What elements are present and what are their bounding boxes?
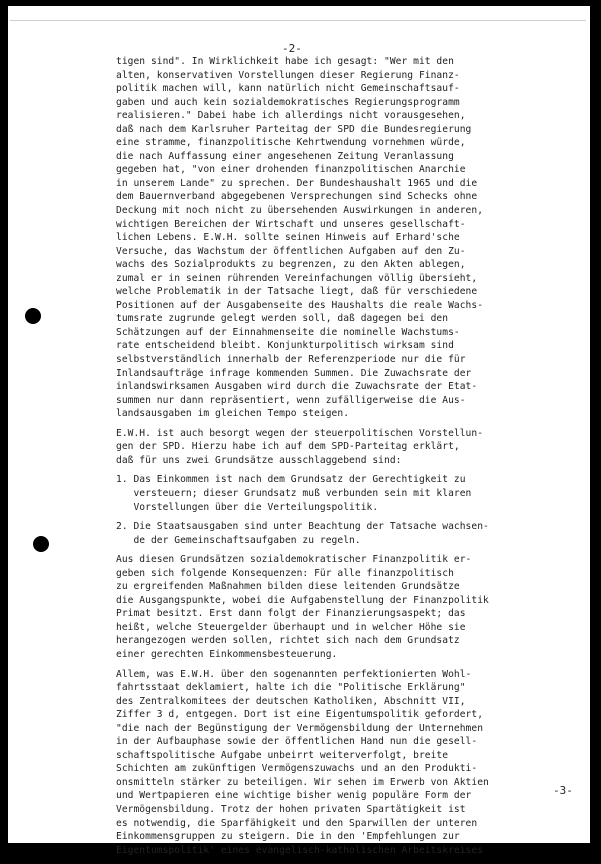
body-text: tigen sind". In Wirklichkeit habe ich ge… (116, 55, 586, 857)
punch-hole-bottom (33, 536, 49, 552)
text-line: die Ausgangspunkte, wobei die Aufgabenst… (116, 594, 586, 608)
text-line: zu ergreifenden Maßnahmen bilden diese l… (116, 580, 586, 594)
text-line: politik machen will, kann natürlich nich… (116, 82, 586, 96)
text-line: zumal er in seinen rührenden Vereinfachu… (116, 272, 586, 286)
text-line: landsausgaben im gleichen Tempo steigen. (116, 407, 586, 421)
text-line: Versuche, das Wachstum der öffentlichen … (116, 245, 586, 259)
text-line: wichtigen Bereichen der Wirtschaft und u… (116, 218, 586, 232)
text-line: einer gerechten Einkommensbesteuerung. (116, 648, 586, 662)
text-line: gen der SPD. Hierzu habe ich auf dem SPD… (116, 440, 586, 454)
text-line: welche Problematik in der Tatsache liegt… (116, 285, 586, 299)
text-line: Vermögensbildung. Trotz der hohen privat… (116, 803, 586, 817)
paragraph-tax-policy: E.W.H. ist auch besorgt wegen der steuer… (116, 427, 586, 468)
text-line: in unserem Lande" zu sprechen. Der Bunde… (116, 177, 586, 191)
text-line: herangezogen werden sollen, richtet sich… (116, 634, 586, 648)
text-line: Schichten am zukünftigen Vermögenszuwach… (116, 762, 586, 776)
text-line: tigen sind". In Wirklichkeit habe ich ge… (116, 55, 586, 69)
text-line: Schätzungen auf der Einnahmenseite die n… (116, 326, 586, 340)
paragraph-consequences: Aus diesen Grundsätzen sozialdemokratisc… (116, 553, 586, 661)
text-line: realisieren." Dabei habe ich allerdings … (116, 109, 586, 123)
text-line: versteuern; dieser Grundsatz muß verbund… (116, 487, 586, 501)
text-line: schaftspolitische Aufgabe unbeirrt weite… (116, 749, 586, 763)
text-line: fahrtsstaat deklamiert, halte ich die "P… (116, 681, 586, 695)
text-line: gegeben hat, "von einer drohenden finanz… (116, 163, 586, 177)
text-line: es notwendig, die Sparfähigkeit und den … (116, 817, 586, 831)
text-line: Aus diesen Grundsätzen sozialdemokratisc… (116, 553, 586, 567)
text-line: Eigentumspolitik' eines evangelisch-kath… (116, 844, 586, 858)
paragraph-budget: tigen sind". In Wirklichkeit habe ich ge… (116, 55, 586, 421)
text-line: Primat besitzt. Erst dann folgt der Fina… (116, 607, 586, 621)
text-line: und Wertpapieren eine wichtige bisher we… (116, 789, 586, 803)
text-line: de der Gemeinschaftsaufgaben zu regeln. (116, 534, 586, 548)
text-line: Einkommensgruppen zu steigern. Die in de… (116, 830, 586, 844)
text-line: "die nach der Begünstigung der Vermögens… (116, 722, 586, 736)
text-line: tumsrate zugrunde gelegt werden soll, da… (116, 312, 586, 326)
text-line: 1. Das Einkommen ist nach dem Grundsatz … (116, 473, 586, 487)
text-line: in der Aufbauphase sowie der öffentliche… (116, 735, 586, 749)
text-line: Deckung mit noch nicht zu übersehenden A… (116, 204, 586, 218)
text-line: heißt, welche Steuergelder überhaupt und… (116, 621, 586, 635)
text-line: Allem, was E.W.H. über den sogenannten p… (116, 668, 586, 682)
text-line: alten, konservativen Vorstellungen diese… (116, 69, 586, 83)
text-line: des Zentralkomitees der deutschen Kathol… (116, 695, 586, 709)
text-line: summen nur dann repräsentiert, wenn zufä… (116, 394, 586, 408)
punch-hole-top (25, 308, 41, 324)
next-page-marker: -3- (553, 784, 573, 797)
text-line: gaben und auch kein sozialdemokratisches… (116, 96, 586, 110)
scanned-page: -2- tigen sind". In Wirklichkeit habe ic… (8, 6, 590, 843)
text-line: Positionen auf der Ausgabenseite des Hau… (116, 299, 586, 313)
text-line: rate entscheidend bleibt. Konjunkturpoli… (116, 339, 586, 353)
list-item-1: 1. Das Einkommen ist nach dem Grundsatz … (116, 473, 586, 514)
paragraph-welfare-state: Allem, was E.W.H. über den sogenannten p… (116, 668, 586, 858)
text-line: daß für uns zwei Grundsätze ausschlaggeb… (116, 454, 586, 468)
text-line: selbstverständlich innerhalb der Referen… (116, 353, 586, 367)
text-line: eine stramme, finanzpolitische Kehrtwend… (116, 136, 586, 150)
text-line: 2. Die Staatsausgaben sind unter Beachtu… (116, 520, 586, 534)
text-line: E.W.H. ist auch besorgt wegen der steuer… (116, 427, 586, 441)
text-line: wachs des Sozialprodukts zu begrenzen, z… (116, 258, 586, 272)
scan-edge-line (10, 20, 586, 21)
text-line: Ziffer 3 d, entgegen. Dort ist eine Eige… (116, 708, 586, 722)
text-line: inlandswirksamen Ausgaben wird durch die… (116, 380, 586, 394)
text-line: Vorstellungen über die Verteilungspoliti… (116, 501, 586, 515)
list-item-2: 2. Die Staatsausgaben sind unter Beachtu… (116, 520, 586, 547)
text-line: geben sich folgende Konsequenzen: Für al… (116, 567, 586, 581)
text-line: daß nach dem Karlsruher Parteitag der SP… (116, 123, 586, 137)
text-line: onsmitteln stärker zu beteiligen. Wir se… (116, 776, 586, 790)
text-line: dem Bauernverband abgegebenen Versprechu… (116, 190, 586, 204)
text-line: die nach Auffassung einer angesehenen Ze… (116, 150, 586, 164)
page-number: -2- (282, 42, 302, 55)
text-line: lichen Lebens. E.W.H. sollte seinen Hinw… (116, 231, 586, 245)
text-line: Inlandsaufträge infrage kommenden Summen… (116, 367, 586, 381)
